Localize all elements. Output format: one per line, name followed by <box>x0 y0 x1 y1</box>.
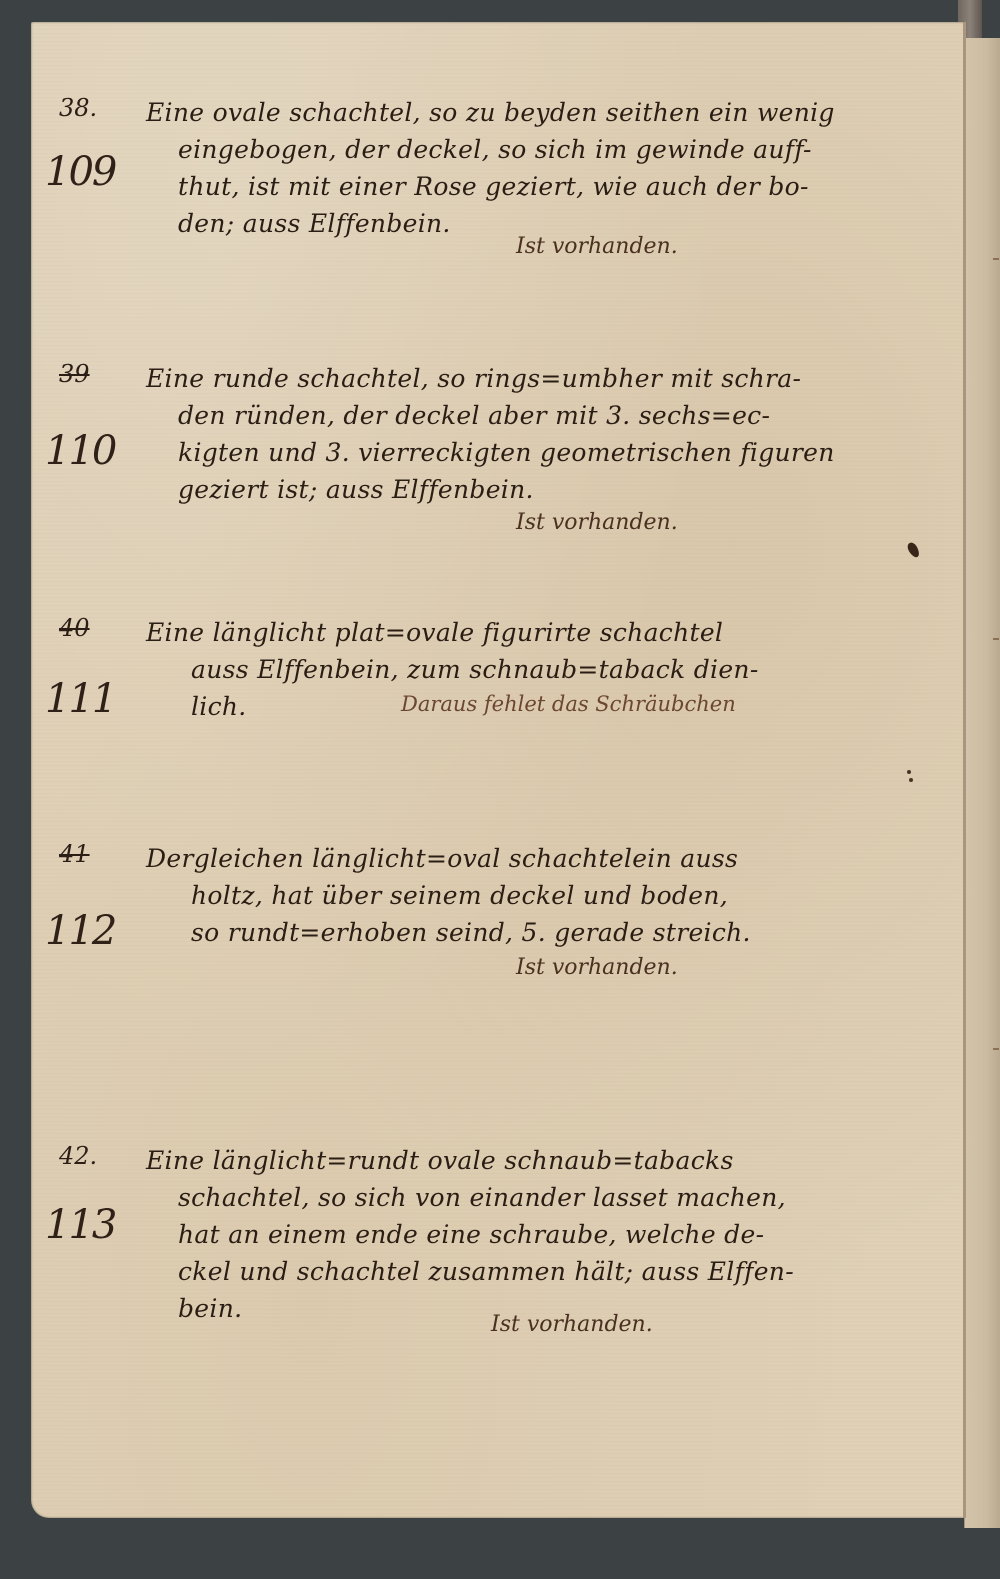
entry-line: Dergleichen länglicht=oval schachtelein … <box>146 840 946 877</box>
adjacent-page-edge <box>964 38 1000 1528</box>
entry-line: geziert ist; auss Elffenbein. <box>146 471 946 508</box>
item-number: 38. <box>59 94 97 122</box>
status-note: Daraus fehlet das Schräubchen <box>401 692 736 716</box>
entry-line: Eine runde schachtel, so rings=umbher mi… <box>146 360 946 397</box>
entry-line: ckel und schachtel zusammen hält; auss E… <box>146 1253 946 1290</box>
status-note: Ist vorhanden. <box>491 1312 653 1337</box>
entry-description: Eine runde schachtel, so rings=umbher mi… <box>146 360 946 508</box>
status-note: Ist vorhanden. <box>516 955 678 980</box>
entry-line: so rundt=erhoben seind, 5. gerade streic… <box>146 914 946 951</box>
item-number: 40 <box>59 614 90 642</box>
inventory-number: 110 <box>45 428 115 474</box>
page-edge-mark <box>993 1048 999 1050</box>
ink-speck <box>907 770 911 774</box>
entry-description: Eine ovale schachtel, so zu beyden seith… <box>146 94 946 242</box>
item-number: 39 <box>59 360 90 388</box>
status-note: Ist vorhanden. <box>516 510 678 535</box>
inventory-number: 112 <box>45 908 115 954</box>
entry-line: Eine länglicht=rundt ovale schnaub=tabac… <box>146 1142 946 1179</box>
page-edge-mark <box>993 638 999 640</box>
entry-line: schachtel, so sich von einander lasset m… <box>146 1179 946 1216</box>
entry-description: Dergleichen länglicht=oval schachtelein … <box>146 840 946 951</box>
ink-speck <box>909 778 913 782</box>
status-note: Ist vorhanden. <box>516 234 678 259</box>
entry-line: eingebogen, der deckel, so sich im gewin… <box>146 131 946 168</box>
inventory-number: 109 <box>45 149 115 195</box>
entry-line: holtz, hat über seinem deckel und boden, <box>146 877 946 914</box>
item-number: 41 <box>59 840 90 868</box>
inventory-number: 111 <box>45 676 115 722</box>
page-edge-mark <box>993 258 999 260</box>
entry-description: Eine länglicht=rundt ovale schnaub=tabac… <box>146 1142 946 1327</box>
ink-blot <box>906 541 922 559</box>
entry-line: den ründen, der deckel aber mit 3. sechs… <box>146 397 946 434</box>
entry-line: kigten und 3. vierreckigten geometrische… <box>146 434 946 471</box>
entry-line: hat an einem ende eine schraube, welche … <box>146 1216 946 1253</box>
item-number: 42. <box>59 1142 97 1170</box>
entry-line: thut, ist mit einer Rose geziert, wie au… <box>146 168 946 205</box>
manuscript-page: 38. 109 Eine ovale schachtel, so zu beyd… <box>31 22 966 1518</box>
entry-line: auss Elffenbein, zum schnaub=taback dien… <box>146 651 946 688</box>
entry-line: Eine länglicht plat=ovale figurirte scha… <box>146 614 946 651</box>
entry-line: Eine ovale schachtel, so zu beyden seith… <box>146 94 946 131</box>
inventory-number: 113 <box>45 1202 115 1248</box>
